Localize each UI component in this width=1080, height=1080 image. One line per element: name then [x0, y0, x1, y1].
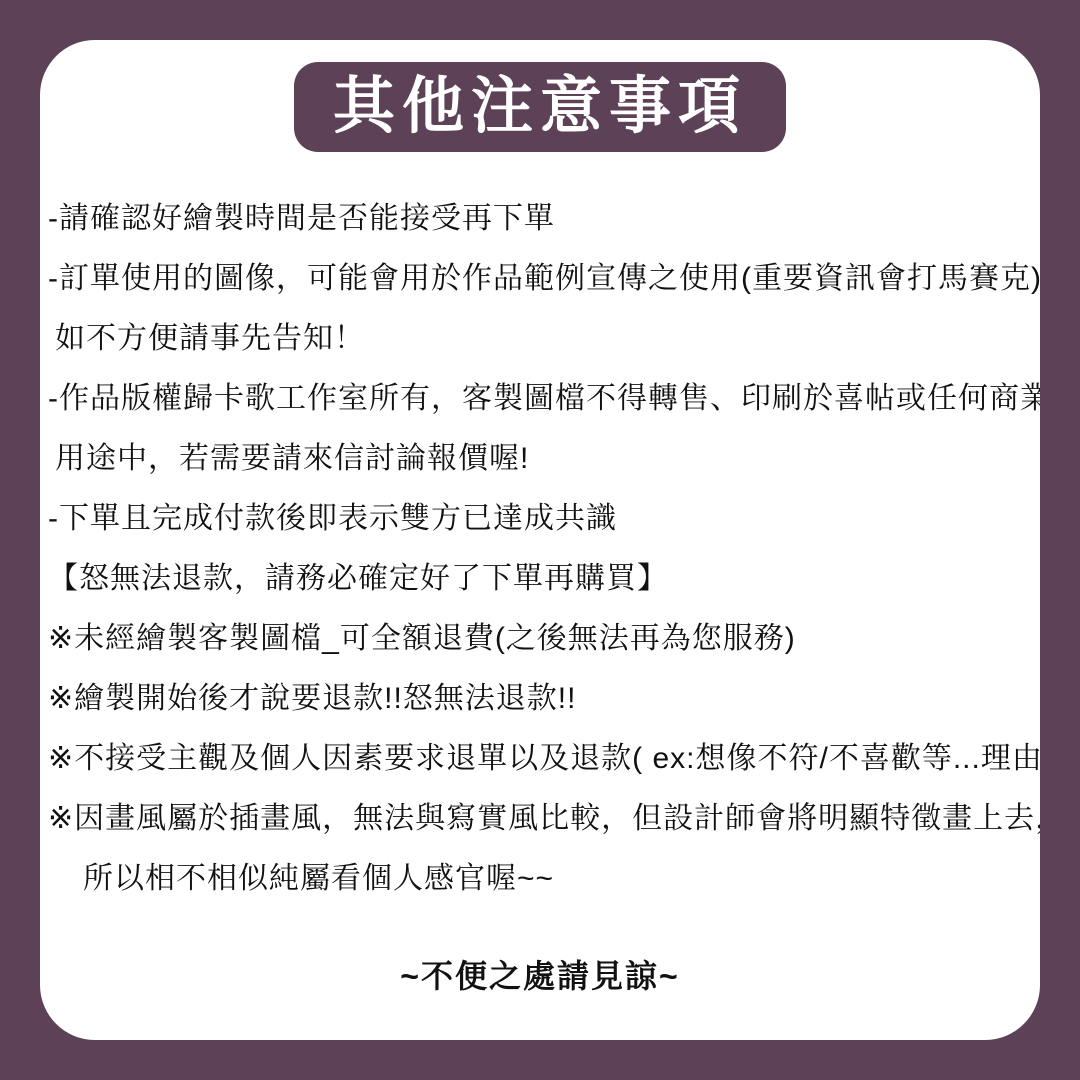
- note-line: 用途中，若需要請來信討論報價喔!: [48, 429, 1032, 489]
- notes-list: -請確認好繪製時間是否能接受再下單 -訂單使用的圖像，可能會用於作品範例宣傳之使…: [40, 189, 1040, 909]
- note-line: ※未經繪製客製圖檔_可全額退費(之後無法再為您服務): [48, 609, 1032, 669]
- note-line: -下單且完成付款後即表示雙方已達成共識: [48, 489, 1032, 549]
- note-line: 【怒無法退款，請務必確定好了下單再購買】: [48, 549, 1032, 609]
- notice-card: 其他注意事項 -請確認好繪製時間是否能接受再下單 -訂單使用的圖像，可能會用於作…: [40, 40, 1040, 1040]
- page-title: 其他注意事項: [333, 76, 747, 138]
- note-line: 所以相不相似純屬看個人感官喔~~: [48, 849, 1032, 909]
- note-line: -作品版權歸卡歌工作室所有，客製圖檔不得轉售、印刷於喜帖或任何商業: [48, 369, 1032, 429]
- title-badge: 其他注意事項: [294, 62, 786, 152]
- note-line: 如不方便請事先告知！: [48, 309, 1032, 369]
- note-line: -訂單使用的圖像，可能會用於作品範例宣傳之使用(重要資訊會打馬賽克)，: [48, 249, 1032, 309]
- note-line: ※因畫風屬於插畫風，無法與寫實風比較，但設計師會將明顯特徵畫上去，: [48, 789, 1032, 849]
- page-background: { "theme": { "background_color": "#5d415…: [0, 0, 1080, 1080]
- note-line: -請確認好繪製時間是否能接受再下單: [48, 189, 1032, 249]
- note-line: ※繪製開始後才說要退款!!怒無法退款!!: [48, 669, 1032, 729]
- footer-note: ~不便之處請見諒~: [40, 951, 1040, 997]
- note-line: ※不接受主觀及個人因素要求退單以及退款( ex:想像不符/不喜歡等...理由 ): [48, 729, 1032, 789]
